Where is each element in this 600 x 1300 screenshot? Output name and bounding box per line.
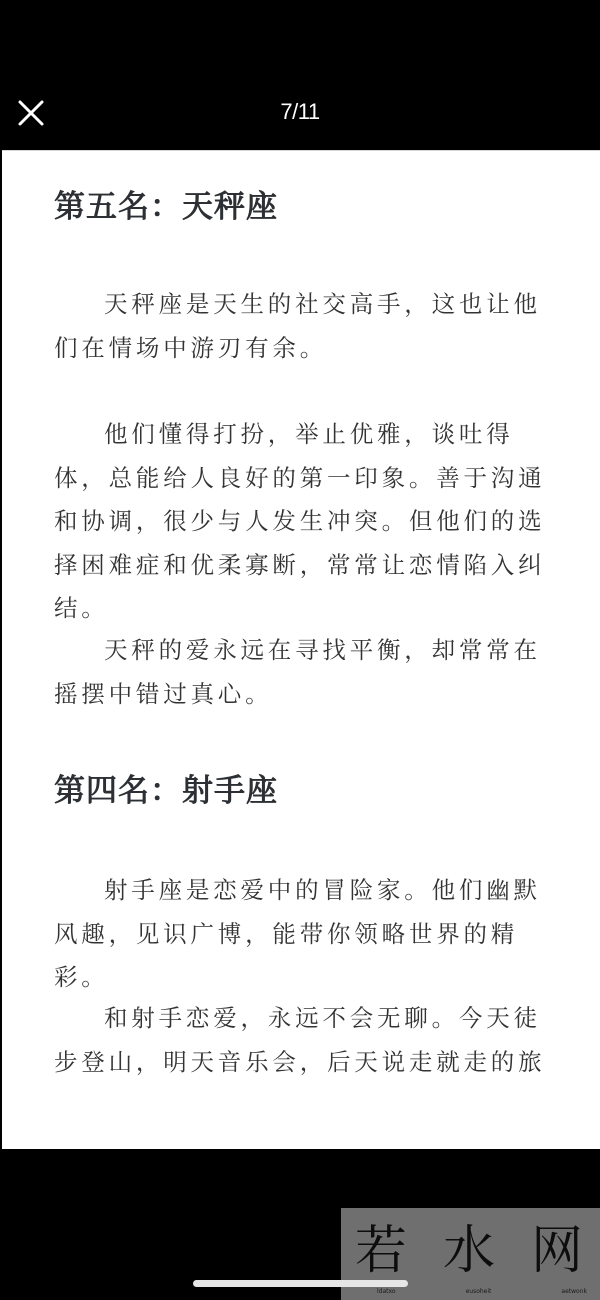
home-indicator[interactable] — [193, 1280, 408, 1287]
section-heading-sagittarius: 第四名：射手座 — [54, 771, 278, 811]
paragraph: 天秤座是天生的社交高手，这也让他们在情场中游刃有余。 — [54, 283, 554, 370]
watermark-subtext-item: aetwonk — [561, 1288, 587, 1296]
watermark-subtext-item: eusoheit — [466, 1288, 492, 1296]
paragraph: 射手座是恋爱中的冒险家。他们幽默风趣，见识广博，能带你领略世界的精彩。 — [54, 869, 554, 1000]
viewer-top-bar: 7/11 — [0, 0, 600, 150]
paragraph: 他们懂得打扮，举止优雅，谈吐得体，总能给人良好的第一印象。善于沟通和协调，很少与… — [54, 413, 554, 631]
paragraph: 天秤的爱永远在寻找平衡，却常常在摇摆中错过真心。 — [54, 629, 554, 716]
page-counter: 7/11 — [0, 99, 600, 125]
section-heading-libra: 第五名：天秤座 — [54, 187, 278, 227]
watermark-subtext-item: ldatxo — [377, 1288, 396, 1296]
watermark-subtext: ldatxo eusoheit aetwonk — [377, 1288, 587, 1296]
watermark-logo-text: 若水网 — [355, 1220, 600, 1282]
document-page[interactable]: 第五名：天秤座 天秤座是天生的社交高手，这也让他们在情场中游刃有余。 他们懂得打… — [2, 150, 600, 1149]
paragraph: 和射手恋爱，永远不会无聊。今天徒步登山，明天音乐会，后天说走就走的旅 — [54, 997, 554, 1084]
